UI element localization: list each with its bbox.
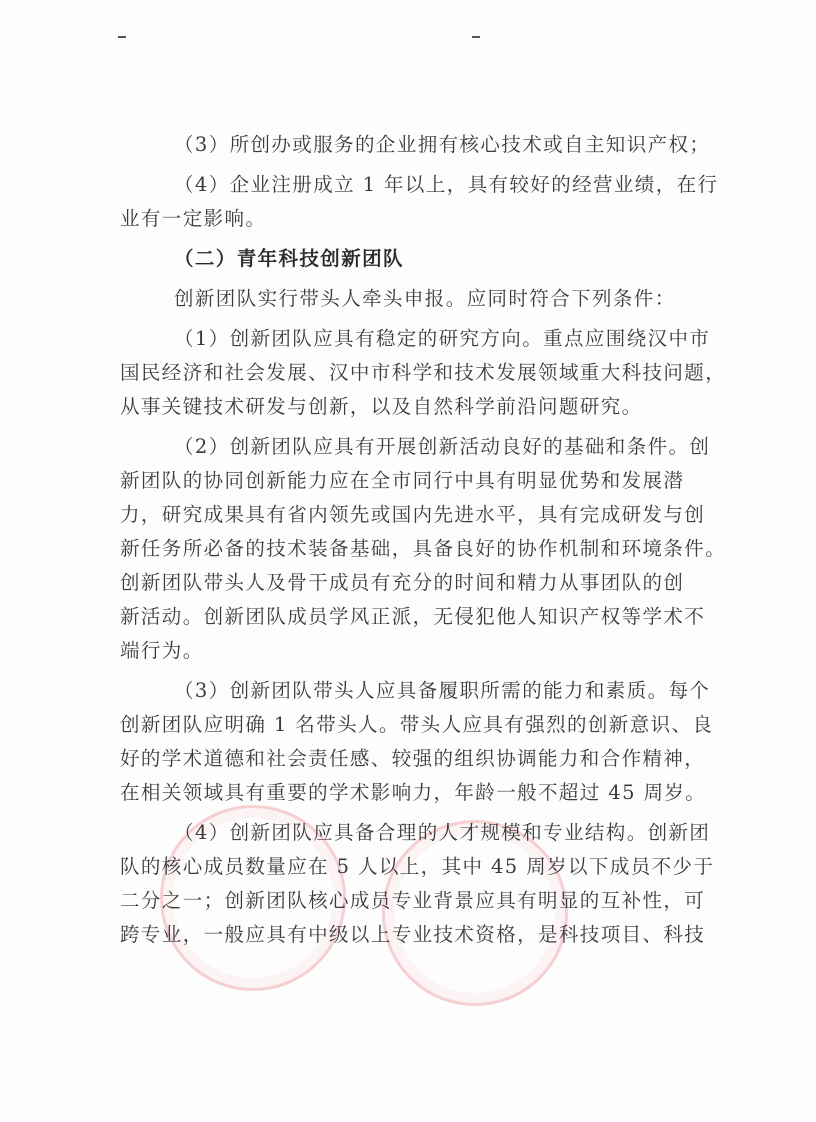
paragraph-team-item-1: （1）创新团队应具有稳定的研究方向。重点应围绕汉中市 国民经济和社会发展、汉中市… <box>120 322 720 424</box>
text-line: 创新团队实行带头人牵头申报。应同时符合下列条件： <box>120 282 720 316</box>
paragraph-team-item-3: （3）创新团队带头人应具备履职所需的能力和素质。每个 创新团队应明确 1 名带头… <box>120 674 720 810</box>
text-line: 国民经济和社会发展、汉中市科学和技术发展领域重大科技问题， <box>120 356 720 390</box>
heading-text: （二）青年科技创新团队 <box>120 242 720 276</box>
text-line: 二分之一；创新团队核心成员专业背景应具有明显的互补性，可 <box>120 884 720 918</box>
paragraph-team-intro: 创新团队实行带头人牵头申报。应同时符合下列条件： <box>120 282 720 316</box>
paragraph-item-4: （4）企业注册成立 1 年以上，具有较好的经营业绩，在行 业有一定影响。 <box>120 168 720 236</box>
text-line: （2）创新团队应具有开展创新活动良好的基础和条件。创 <box>120 430 720 464</box>
text-line: （3）创新团队带头人应具备履职所需的能力和素质。每个 <box>120 674 720 708</box>
text-line: （4）企业注册成立 1 年以上，具有较好的经营业绩，在行 <box>120 168 720 202</box>
text-line: 创新团队带头人及骨干成员有充分的时间和精力从事团队的创 <box>120 566 720 600</box>
text-line: 业有一定影响。 <box>120 202 720 236</box>
scan-mark-left <box>118 36 126 38</box>
text-line: 跨专业，一般应具有中级以上专业技术资格，是科技项目、科技 <box>120 918 720 952</box>
text-line: 好的学术道德和社会责任感、较强的组织协调能力和合作精神， <box>120 742 720 776</box>
text-line: 队的核心成员数量应在 5 人以上，其中 45 周岁以下成员不少于 <box>120 850 720 884</box>
text-line: 在相关领域具有重要的学术影响力，年龄一般不超过 45 周岁。 <box>120 776 720 810</box>
text-line: （4）创新团队应具备合理的人才规模和专业结构。创新团 <box>120 816 720 850</box>
paragraph-team-item-4: （4）创新团队应具备合理的人才规模和专业结构。创新团 队的核心成员数量应在 5 … <box>120 816 720 952</box>
text-line: （1）创新团队应具有稳定的研究方向。重点应围绕汉中市 <box>120 322 720 356</box>
text-line: 力，研究成果具有省内领先或国内先进水平，具有完成研发与创 <box>120 498 720 532</box>
text-line: 从事关键技术研发与创新，以及自然科学前沿问题研究。 <box>120 390 720 424</box>
text-line: 创新团队应明确 1 名带头人。带头人应具有强烈的创新意识、良 <box>120 708 720 742</box>
text-line: 新团队的协同创新能力应在全市同行中具有明显优势和发展潜 <box>120 464 720 498</box>
text-line: 新任务所必备的技术装备基础，具备良好的协作机制和环境条件。 <box>120 532 720 566</box>
text-line: （3）所创办或服务的企业拥有核心技术或自主知识产权； <box>120 128 720 162</box>
scan-mark-right <box>472 36 480 38</box>
paragraph-team-item-2: （2）创新团队应具有开展创新活动良好的基础和条件。创 新团队的协同创新能力应在全… <box>120 430 720 668</box>
document-page: （3）所创办或服务的企业拥有核心技术或自主知识产权； （4）企业注册成立 1 年… <box>120 128 720 952</box>
text-line: 端行为。 <box>120 634 720 668</box>
paragraph-item-3: （3）所创办或服务的企业拥有核心技术或自主知识产权； <box>120 128 720 162</box>
section-heading: （二）青年科技创新团队 <box>120 242 720 276</box>
text-line: 新活动。创新团队成员学风正派，无侵犯他人知识产权等学术不 <box>120 600 720 634</box>
